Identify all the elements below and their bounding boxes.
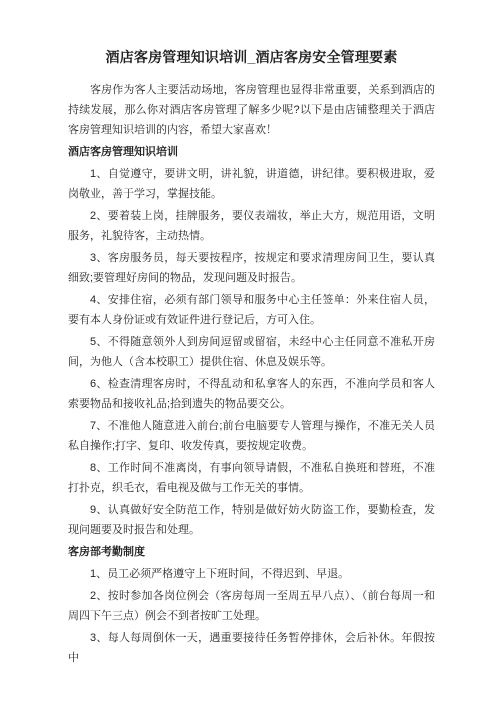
attendance-item-3: 3、每人每周倒休一天，遇重要接待任务暂停排休，会后补休。年假按中 bbox=[68, 628, 435, 668]
rule-item-7: 7、不准他人随意进入前台;前台电脑要专人管理与操作，不准无关人员私自操作;打字、… bbox=[68, 416, 435, 456]
rule-item-9: 9、认真做好安全防范工作，特别是做好妨火防盗工作，要勤检查，发现问题要及时报告和… bbox=[68, 500, 435, 540]
rule-item-5: 5、不得随意领外人到房间逗留或留宿，未经中心主任同意不准私开房间，为他人（含本校… bbox=[68, 332, 435, 372]
rule-item-1: 1、自觉遵守，要讲文明，讲礼貌，讲道德，讲纪律。要积极进取，爱岗敬业，善于学习，… bbox=[68, 164, 435, 204]
intro-paragraph: 客房作为客人主要活动场地，客房管理也显得非常重要，关系到酒店的持续发展，那么你对… bbox=[68, 80, 435, 140]
document-page: 酒店客房管理知识培训_酒店客房安全管理要素 客房作为客人主要活动场地，客房管理也… bbox=[0, 0, 500, 707]
section-heading-knowledge-training: 酒店客房管理知识培训 bbox=[68, 142, 435, 162]
section-heading-attendance-rules: 客房部考勤制度 bbox=[68, 542, 435, 562]
rule-item-4: 4、安排住宿，必须有部门领导和服务中心主任签单：外来住宿人员，要有本人身份证或有… bbox=[68, 290, 435, 330]
page-title: 酒店客房管理知识培训_酒店客房安全管理要素 bbox=[68, 47, 435, 67]
rule-item-3: 3、客房服务员，每天要按程序，按规定和要求清理房间卫生，要认真细致;要管理好房间… bbox=[68, 248, 435, 288]
rule-item-8: 8、工作时间不准离岗，有事向领导请假，不准私自换班和替班，不准打扑克，织毛衣，看… bbox=[68, 458, 435, 498]
rule-item-6: 6、检查清理客房时，不得乱动和私拿客人的东西，不准向学员和客人索要物品和接收礼品… bbox=[68, 374, 435, 414]
attendance-item-1: 1、员工必须严格遵守上下班时间，不得迟到、早退。 bbox=[68, 564, 435, 584]
attendance-item-2: 2、按时参加各岗位例会（客房每周一至周五早八点）、（前台每周一和周四下午三点）例… bbox=[68, 586, 435, 626]
rule-item-2: 2、要着装上岗，挂牌服务，要仪表端妆，举止大方，规范用语，文明服务，礼貌待客，主… bbox=[68, 206, 435, 246]
